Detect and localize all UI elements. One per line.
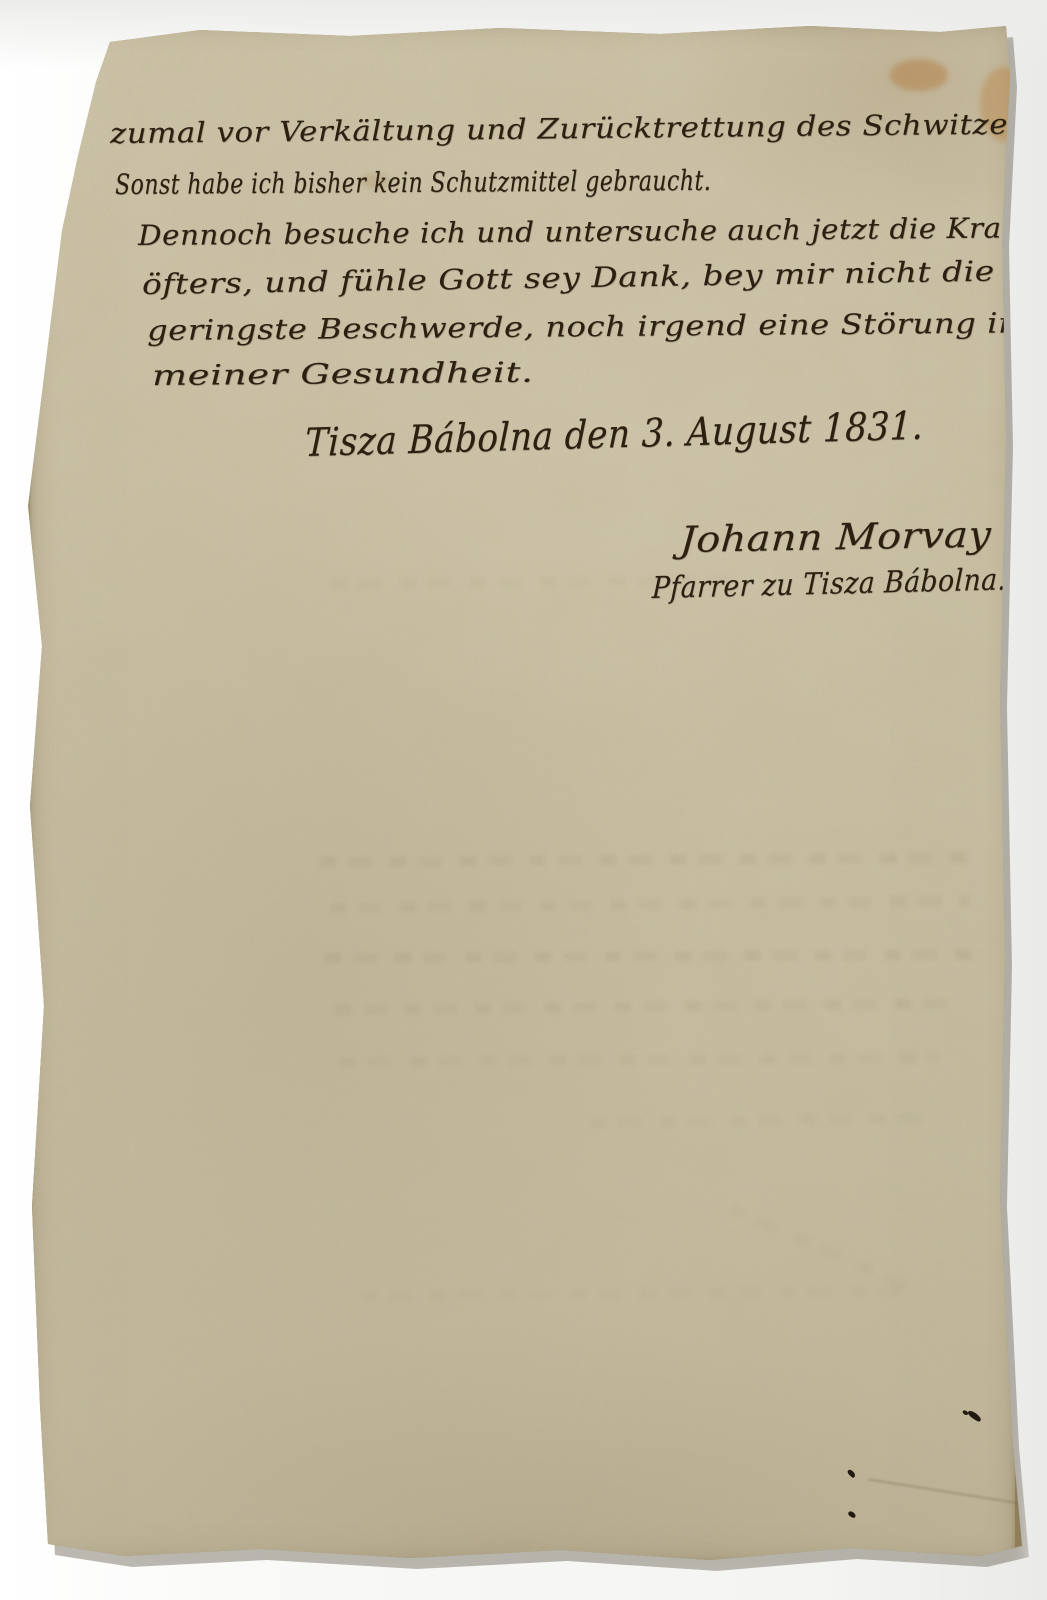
manuscript-line: geringste Beschwerde, noch irgend eine S… <box>147 306 1020 347</box>
paper-crease <box>869 1478 1027 1505</box>
paper-sheet: zumal vor Verkältung und Zurücktrettung … <box>20 16 1024 1572</box>
ink-blot <box>847 1510 856 1518</box>
bleedthrough-line <box>590 1113 930 1128</box>
bleedthrough-line <box>728 1203 915 1293</box>
paper-grain-texture <box>30 23 1015 1562</box>
manuscript-line: Sonst habe ich bisher kein Schutzmittel … <box>115 164 711 201</box>
bleedthrough-line <box>360 1286 920 1301</box>
bleedthrough-line <box>320 852 970 867</box>
manuscript-line: öfters, und fühle Gott sey Dank, bey mir… <box>142 255 995 301</box>
manuscript-line: zumal vor Verkältung und Zurücktrettung … <box>110 107 1047 150</box>
bleedthrough-line <box>335 998 965 1015</box>
rust-stain <box>890 59 948 91</box>
bleedthrough-line <box>330 896 970 913</box>
paper-surface: zumal vor Verkältung und Zurücktrettung … <box>30 23 1015 1562</box>
bleedthrough-line <box>325 950 975 963</box>
signature-name: Johann Morvay <box>679 515 993 561</box>
dateline: Tisza Bábolna den 3. August 1831. <box>304 404 924 466</box>
manuscript-line: Dennoch besuche ich und untersuche auch … <box>138 211 1047 252</box>
scanned-manuscript-page: { "document": { "kind": "handwritten let… <box>0 0 1047 1600</box>
ink-blot <box>967 1409 983 1422</box>
manuscript-line: meiner Gesundheit. <box>152 356 534 392</box>
bleedthrough-line <box>340 1053 940 1067</box>
ink-blot <box>846 1469 856 1479</box>
signature-role: Pfarrer zu Tisza Bábolna. <box>651 562 1007 606</box>
